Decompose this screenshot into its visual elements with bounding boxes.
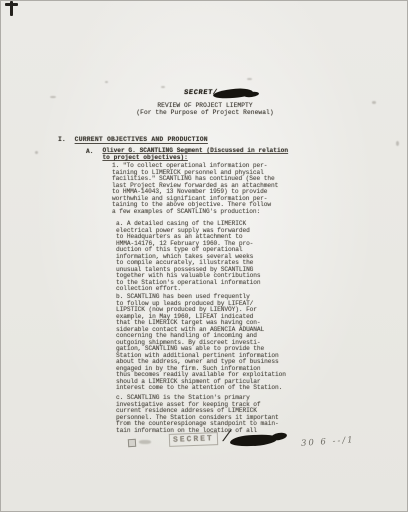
classification-stamp-bottom: SECRET xyxy=(169,432,218,447)
redaction-blob xyxy=(230,433,278,447)
subsection-heading: A. Oliver G. SCANTLING Segment (Discusse… xyxy=(86,148,288,162)
section-heading-text: CURRENT OBJECTIVES AND PRODUCTION xyxy=(75,136,208,143)
speck xyxy=(105,81,108,83)
section-number: I. xyxy=(58,136,66,143)
illegible-stamp-mark xyxy=(128,439,136,447)
section-heading: I. CURRENT OBJECTIVES AND PRODUCTION xyxy=(58,136,208,143)
scan-edge-mark xyxy=(5,3,18,6)
speck xyxy=(247,78,252,80)
illegible-stamp-mark xyxy=(139,440,151,444)
speck xyxy=(161,86,165,88)
footer-stamp-row: SECRET / 30 6 --/1 xyxy=(1,431,408,457)
speck xyxy=(396,141,399,146)
title-line-1: REVIEW OF PROJECT LIEMPTY xyxy=(1,102,408,109)
title-line-2: (For the Purpose of Project Renewal) xyxy=(1,109,408,116)
paragraph-example-b: b. SCANTLING has been used frequently to… xyxy=(116,294,366,392)
handwritten-note: 30 6 --/1 xyxy=(301,435,355,449)
scanned-document-page: SECRET/ REVIEW OF PROJECT LIEMPTY (For t… xyxy=(0,0,408,512)
subsection-letter: A. xyxy=(86,148,93,162)
subsection-heading-text: Oliver G. SCANTLING Segment (Discussed i… xyxy=(102,148,288,162)
redaction-blob xyxy=(244,91,260,98)
paragraph-example-a: a. A detailed casing of the LIMERICK ele… xyxy=(116,221,366,293)
document-title: REVIEW OF PROJECT LIEMPTY (For the Purpo… xyxy=(1,102,408,116)
pencil-smudge xyxy=(50,96,56,98)
paragraph-objective-1: 1. "To collect operational information p… xyxy=(112,163,362,215)
speck xyxy=(35,151,38,154)
paragraph-example-c: c. SCANTLING is the Station's primary in… xyxy=(116,395,366,434)
redaction-blob xyxy=(271,432,288,442)
